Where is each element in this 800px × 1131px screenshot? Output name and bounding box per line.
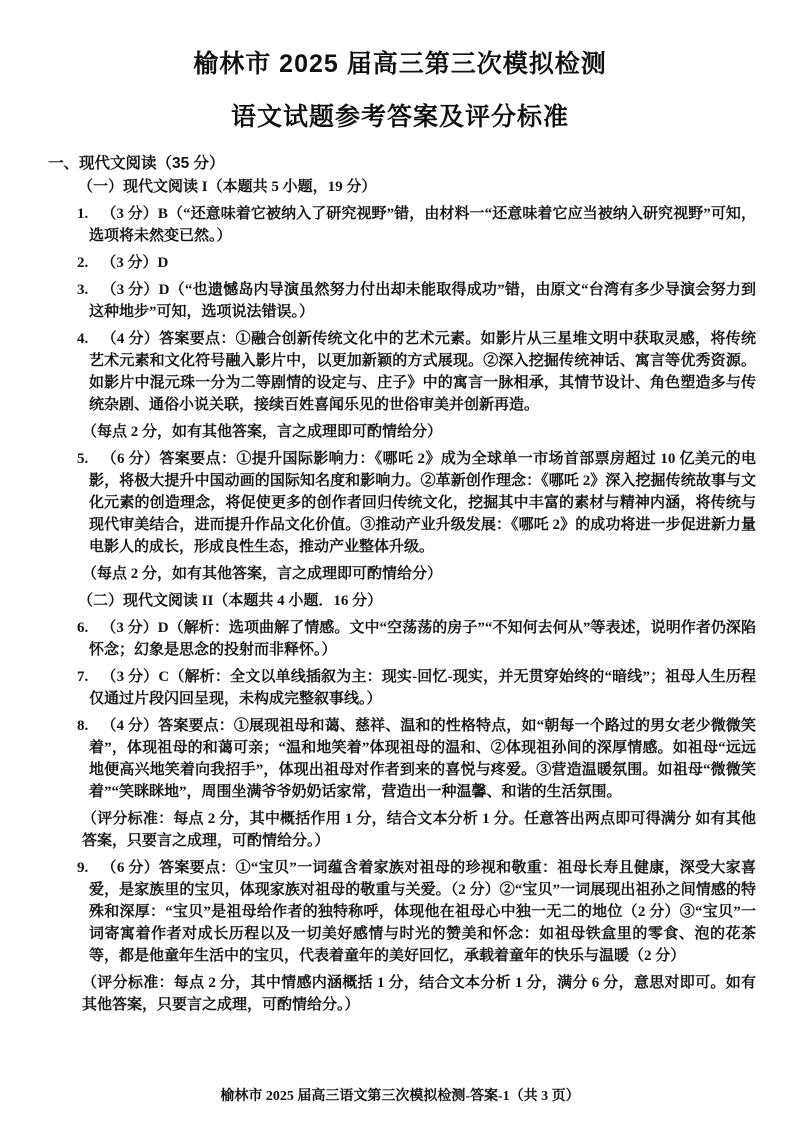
item-text: （4 分）答案要点：①融合创新传统文化中的艺术元素。如影片从三星堆文明中获取灵感… <box>89 331 756 413</box>
item-text: （3 分）D <box>101 255 168 271</box>
part1-heading: （一）现代文阅读 I（本题共 5 小题，19 分） <box>78 176 756 198</box>
item-text: （4 分）答案要点：①展现祖母和蔼、慈祥、温和的性格特点，如“朝每一个路过的男女… <box>89 718 756 800</box>
item-number: 2. <box>77 255 88 271</box>
item-number: 9. <box>77 860 88 876</box>
item-number: 3. <box>77 282 88 298</box>
answer-item-7: 7.（3 分）C（解析：全文以单线插叙为主：现实-回忆-现实，并无贯穿始终的“暗… <box>0 666 756 710</box>
answer-item-4: 4.（4 分）答案要点：①融合创新传统文化中的艺术元素。如影片从三星堆文明中获取… <box>0 328 756 416</box>
answer-item-8: 8.（4 分）答案要点：①展现祖母和蔼、慈祥、温和的性格特点，如“朝每一个路过的… <box>0 715 756 803</box>
doc-subtitle: 语文试题参考答案及评分标准 <box>0 97 800 133</box>
part2-heading: （二）现代文阅读 II（本题共 4 小题．16 分） <box>78 590 756 612</box>
doc-title: 榆林市 2025 届高三第三次模拟检测 <box>0 0 800 80</box>
answer-item-9: 9.（6 分）答案要点：①“宝贝”一词蕴含着家族对祖母的珍视和敬重：祖母长寿且健… <box>0 857 756 967</box>
item-number: 1. <box>77 206 88 222</box>
scoring-note-item-9: （评分标准：每点 2 分，其中情感内涵概括 1 分，结合文本分析 1 分，满分 … <box>82 972 756 1016</box>
item-number: 4. <box>77 331 88 347</box>
page-footer: 榆林市 2025 届高三语文第三次模拟检测-答案-1（共 3 页） <box>0 1085 800 1105</box>
answer-item-5: 5.（6 分）答案要点：①提升国际影响力：《哪吒 2》成为全球单一市场首部票房超… <box>0 448 756 558</box>
answer-item-1: 1.（3 分）B（“还意味着它被纳入了研究视野”错，由材料一“还意味着它应当被纳… <box>0 203 756 247</box>
item-number: 6. <box>77 620 88 636</box>
item-text: （3 分）B（“还意味着它被纳入了研究视野”错，由材料一“还意味着它应当被纳入研… <box>89 206 756 244</box>
item-text: （3 分）D（解析：选项曲解了情感。文中“空荡荡的房子”“不知何去何从”等表述，… <box>89 620 756 658</box>
answer-sheet-page: 榆林市 2025 届高三第三次模拟检测 语文试题参考答案及评分标准 一、现代文阅… <box>0 0 800 1131</box>
item-text: （6 分）答案要点：①“宝贝”一词蕴含着家族对祖母的珍视和敬重：祖母长寿且健康，… <box>89 860 756 964</box>
item-number: 7. <box>77 669 88 685</box>
answer-item-2: 2.（3 分）D <box>0 252 756 274</box>
item-number: 8. <box>77 718 88 734</box>
scoring-note-item-5: （每点 2 分，如有其他答案，言之成理即可酌情给分） <box>82 563 756 585</box>
answer-item-3: 3.（3 分）D（“也遗憾岛内导演虽然努力付出却未能取得成功”错，由原文“台湾有… <box>0 279 756 323</box>
item-text: （3 分）C（解析：全文以单线插叙为主：现实-回忆-现实，并无贯穿始终的“暗线”… <box>89 669 756 707</box>
section-heading-modern-text-reading: 一、现代文阅读（35 分） <box>48 153 756 175</box>
scoring-note-item-8: （评分标准：每点 2 分，其中概括作用 1 分，结合文本分析 1 分。任意答出两… <box>82 808 756 852</box>
item-text: （3 分）D（“也遗憾岛内导演虽然努力付出却未能取得成功”错，由原文“台湾有多少… <box>89 282 756 320</box>
doc-body: 一、现代文阅读（35 分） （一）现代文阅读 I（本题共 5 小题，19 分） … <box>0 153 800 1016</box>
scoring-note-item-4: （每点 2 分，如有其他答案，言之成理即可酌情给分） <box>82 421 756 443</box>
item-text: （6 分）答案要点：①提升国际影响力：《哪吒 2》成为全球单一市场首部票房超过 … <box>89 451 756 555</box>
item-number: 5. <box>77 451 88 467</box>
answer-item-6: 6.（3 分）D（解析：选项曲解了情感。文中“空荡荡的房子”“不知何去何从”等表… <box>0 617 756 661</box>
